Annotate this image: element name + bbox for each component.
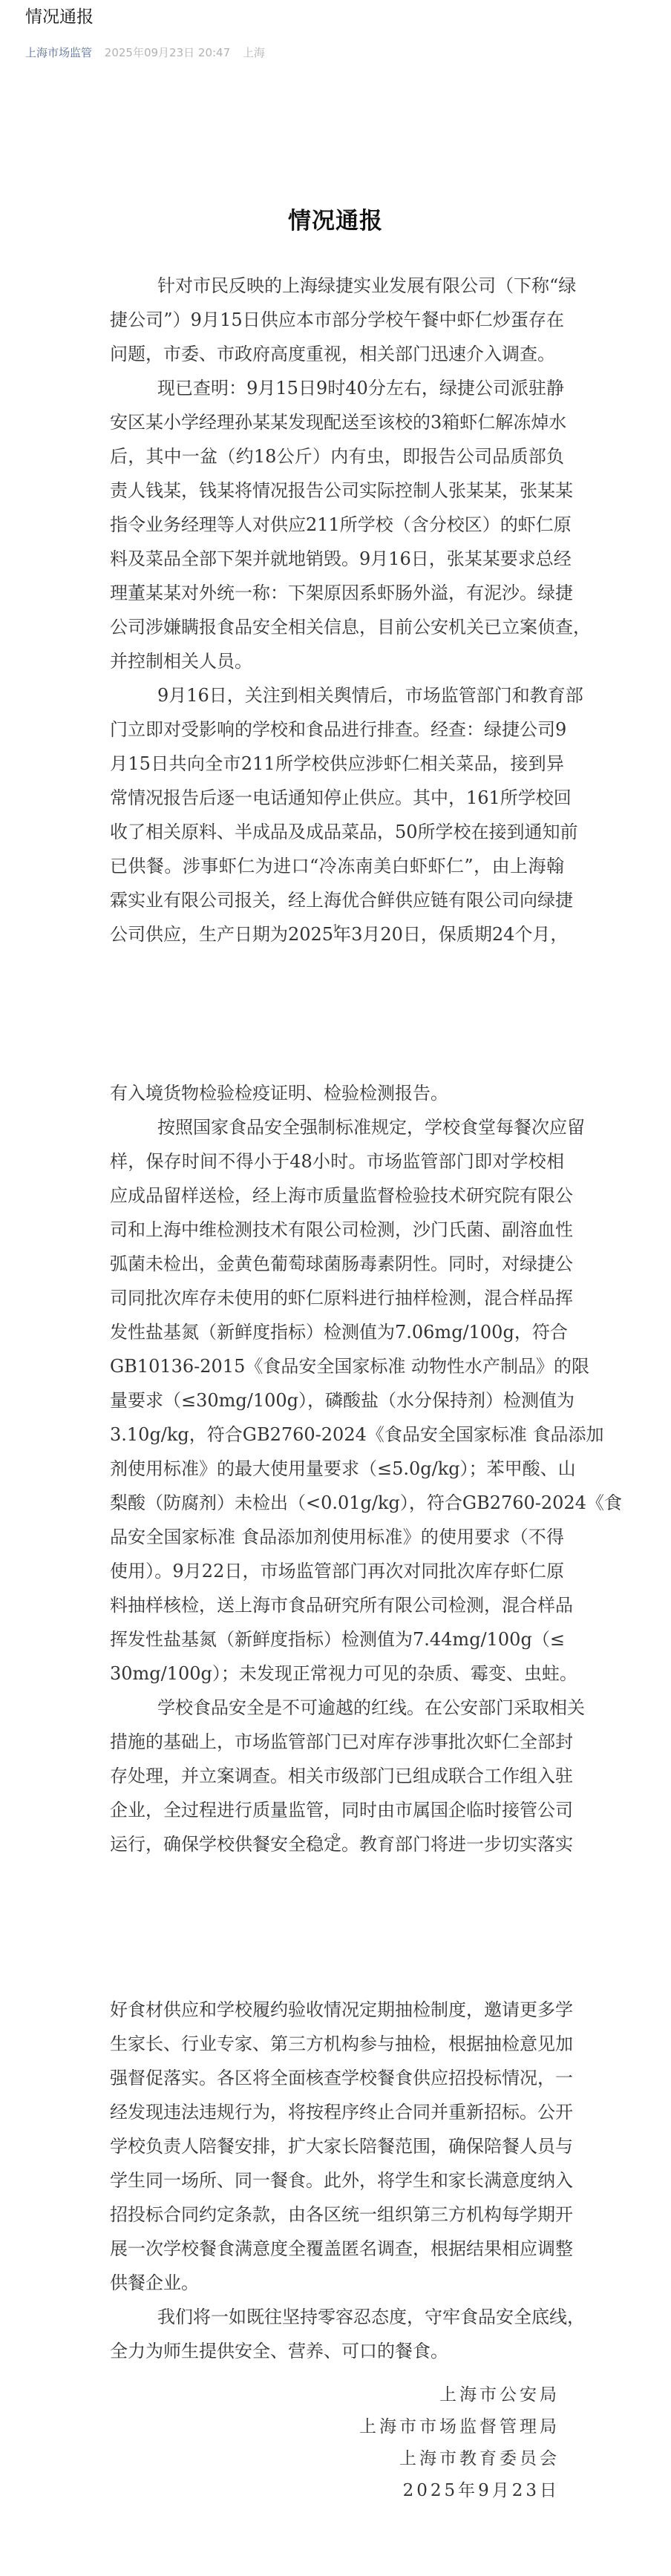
document-line: 门立即对受影响的学校和食品进行排查。经查：绿捷公司9	[110, 718, 564, 741]
document-line: 有入境货物检验检疫证明、检验检测报告。	[110, 1082, 564, 1104]
document-line: 捷公司”）9月15日供应本市部分学校午餐中虾仁炒蛋存在	[110, 309, 564, 331]
document-line: 好食材供应和学校履约验收情况定期抽检制度，邀请更多学	[110, 1999, 564, 2021]
document-line: 使用）。9月22日，市场监管部门再次对同批次库存虾仁原	[110, 1560, 564, 1582]
document-line: 月15日共向全市211所学校供应涉虾仁相关菜品，接到异	[110, 753, 564, 775]
document-line: 公司涉嫌瞒报食品安全相关信息，目前公安机关已立案侦查，	[110, 616, 564, 638]
document-line: 存处理，并立案调查。相关市级部门已组成联合工作组入驻	[110, 1765, 564, 1787]
document-line: 按照国家食品安全强制标准规定，学校食堂每餐次应留	[157, 1116, 564, 1138]
article-header: 情况通报	[25, 4, 94, 30]
document-line: 生家长、行业专家、第三方机构参与抽检，根据抽检意见加	[110, 2033, 564, 2055]
document-line: 料抽样核检，送上海市食品研究所有限公司检测，混合样品	[110, 1594, 564, 1616]
document-line: 剂使用标准》的最大使用量要求（≤5.0g/kg）；苯甲酸、山	[110, 1458, 564, 1480]
document-line: 发性盐基氮（新鲜度指标）检测值为7.06mg/100g，符合	[110, 1321, 564, 1343]
document-line: 后，其中一盆（约18公斤）内有虫，即报告公司品质部负	[110, 445, 564, 468]
document-line: 3.10g/kg，符合GB2760-2024《食品安全国家标准 食品添加	[110, 1423, 564, 1446]
document-line: 料及菜品全部下架并就地销毁。9月16日，张某某要求总经	[110, 548, 564, 570]
document-line: 30mg/100g）；未发现正常视力可见的杂质、霉变、虫蛀。	[110, 1662, 564, 1685]
document-line: 学生同一场所、同一餐食。此外，将学生和家长满意度纳入	[110, 2169, 564, 2192]
document-line: 学校食品安全是不可逾越的红线。在公安部门采取相关	[157, 1697, 564, 1719]
document-line: 安区某小学经理孙某某发现配送至该校的3箱虾仁解冻焯水	[110, 411, 564, 433]
document-line: 责人钱某，钱某将情况报告公司实际控制人张某某，张某某	[110, 479, 564, 502]
signature-date: 2025年9月23日	[403, 2480, 560, 2502]
document-line: 展一次学校餐食满意度全覆盖匿名调查，根据结果相应调整	[110, 2238, 564, 2260]
publish-location: 上海	[243, 46, 265, 59]
page-number: 1	[0, 922, 671, 933]
signature-public-security: 上海市公安局	[439, 2384, 560, 2406]
document-line: 梨酸（防腐剂）未检出（<0.01g/kg），符合GB2760-2024《食	[110, 1492, 564, 1514]
document-line: 并控制相关人员。	[110, 650, 564, 672]
document-line: 经发现违法违规行为，将按程序终止合同并重新招标。公开	[110, 2101, 564, 2123]
document-line: 问题，市委、市政府高度重视，相关部门迅速介入调查。	[110, 343, 564, 365]
document-line: 招投标合同约定条款，由各区统一组织第三方机构每学期开	[110, 2203, 564, 2226]
signature-market-regulation: 上海市市场监督管理局	[359, 2416, 560, 2438]
document-line: 我们将一如既往坚持零容忍态度，守牢食品安全底线，	[157, 2306, 564, 2328]
publish-datetime: 2025年09月23日 20:47	[105, 46, 230, 59]
article-title: 情况通报	[25, 4, 94, 30]
account-name-link[interactable]: 上海市场监管	[25, 46, 92, 59]
document-line: 收了相关原料、半成品及成品菜品，50所学校在接到通知前	[110, 821, 564, 843]
document-line: 强督促落实。各区将全面核查学校餐食供应招投标情况，一	[110, 2067, 564, 2089]
document-line: 全力为师生提供安全、营养、可口的餐食。	[110, 2340, 564, 2362]
document-line: 学校负责人陪餐安排，扩大家长陪餐范围，确保陪餐人员与	[110, 2135, 564, 2157]
document-line: 措施的基础上，市场监管部门已对库存涉事批次虾仁全部封	[110, 1731, 564, 1753]
document-line: 样，保存时间不得小于48小时。市场监管部门即对学校相	[110, 1150, 564, 1173]
document-line: GB10136-2015《食品安全国家标准 动物性水产制品》的限	[110, 1355, 564, 1377]
document-line: 品安全国家标准 食品添加剂使用标准》的使用要求（不得	[110, 1526, 564, 1548]
document-line: 应成品留样送检，经上海市质量监督检验技术研究院有限公	[110, 1184, 564, 1207]
document-line: 现已查明：9月15日9时40分左右，绿捷公司派驻静	[157, 377, 564, 399]
document-line: 已供餐。涉事虾仁为进口“冷冻南美白虾虾仁”，由上海翰	[110, 855, 564, 877]
document-line: 9月16日，关注到相关舆情后，市场监管部门和教育部	[157, 684, 564, 707]
document-line: 司同批次库存未使用的虾仁原料进行抽样检测，混合样品挥	[110, 1287, 564, 1309]
document-line: 霖实业有限公司报关，经上海优合鲜供应链有限公司向绿捷	[110, 889, 564, 911]
document-line: 常情况报告后逐一电话通知停止供应。其中，161所学校回	[110, 787, 564, 809]
document-line: 针对市民反映的上海绿捷实业发展有限公司（下称“绿	[157, 275, 564, 297]
document-line: 企业，全过程进行质量监管，同时由市属国企临时接管公司	[110, 1799, 564, 1821]
signature-education-commission: 上海市教育委员会	[399, 2448, 560, 2470]
page-number: 2	[0, 1832, 671, 1842]
document-line: 司和上海中维检测技术有限公司检测，沙门氏菌、副溶血性	[110, 1219, 564, 1241]
document-title: 情况通报	[0, 202, 671, 235]
article-meta: 上海市场监管 2025年09月23日 20:47 上海	[25, 45, 265, 60]
document-line: 弧菌未检出，金黄色葡萄球菌肠毒素阴性。同时，对绿捷公	[110, 1253, 564, 1275]
document-line: 量要求（≤30mg/100g），磷酸盐（水分保持剂）检测值为	[110, 1389, 564, 1412]
document-line: 挥发性盐基氮（新鲜度指标）检测值为7.44mg/100g（≤	[110, 1628, 564, 1651]
document-line: 供餐企业。	[110, 2272, 564, 2294]
document-line: 指令业务经理等人对供应211所学校（含分校区）的虾仁原	[110, 514, 564, 536]
document-line: 理董某某对外统一称：下架原因系虾肠外溢，有泥沙。绿捷	[110, 582, 564, 604]
